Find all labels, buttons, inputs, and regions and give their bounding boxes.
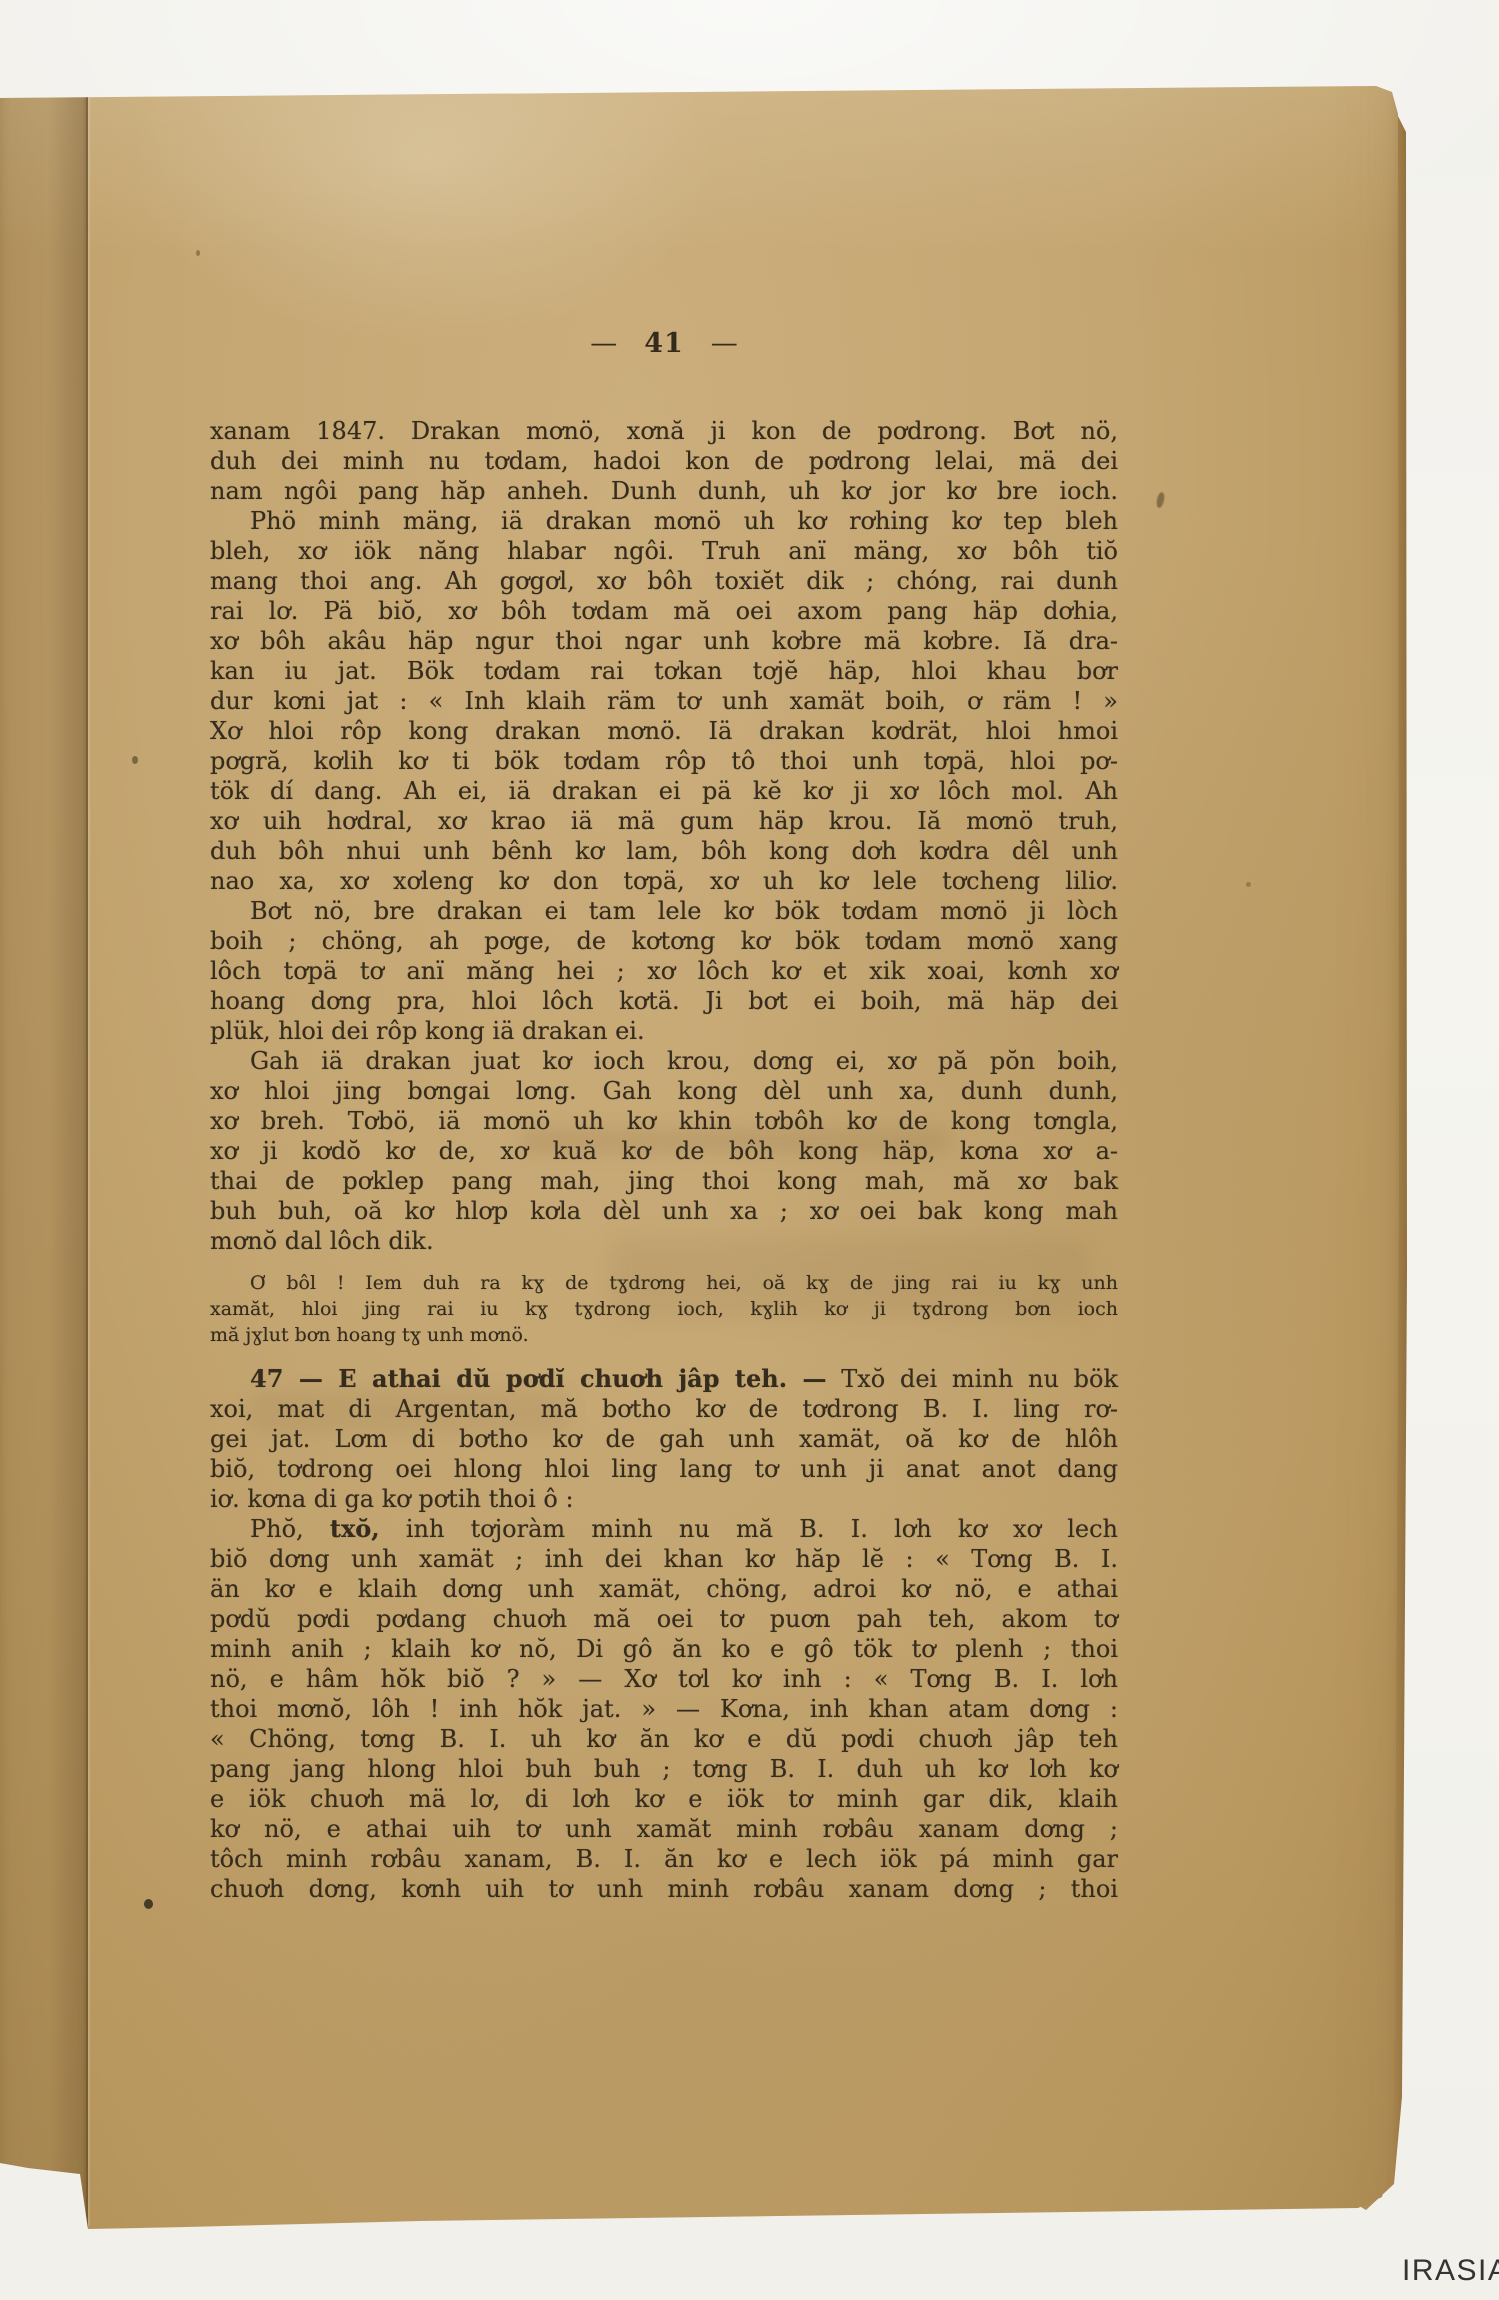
text-line: xamăt, hloi jing rai iu kɣ tɣdrong ioch,… <box>210 1296 1118 1322</box>
text-line: « Chöng, tơng B. I. uh kơ ăn kơ e dŭ pơd… <box>210 1724 1118 1754</box>
paper-fleck <box>196 250 200 256</box>
text-line: pơgră, kơlih kơ ti bök tơdam rôp tô thoi… <box>210 746 1118 776</box>
text-line: Xơ hloi rôp kong drakan mơnö. Iä drakan … <box>210 716 1118 746</box>
page-crease <box>86 92 88 2226</box>
text-line: mă jɣlut bơn hoang tɣ unh mơnö. <box>210 1322 1118 1348</box>
paragraph: Ơ bôl ! Iem duh ra kɣ de tɣdrơng hei, oă… <box>210 1270 1118 1348</box>
page-number: 41 <box>644 328 684 359</box>
text-line: 47 — E athai dŭ pơdĭ chuơh jâp teh. — Tx… <box>210 1364 1118 1394</box>
text-line: minh anih ; klaih kơ nŏ, Di gô ăn ko e g… <box>210 1634 1118 1664</box>
text-line: rai lơ. Pä biŏ, xơ bôh tơdam mă oei axom… <box>210 596 1118 626</box>
irasia-watermark: IRASIA <box>1402 2254 1499 2288</box>
text-line: lôch tơpä tơ anï măng hei ; xơ lôch kơ e… <box>210 956 1118 986</box>
text-line: buh buh, oă kơ hlơp kơla dèl unh xa ; xơ… <box>210 1196 1118 1226</box>
binding-gutter-shadow <box>0 90 88 2230</box>
text-line: kơ nö, e athai uih tơ unh xamăt minh rơb… <box>210 1814 1118 1844</box>
text-line: xơ ji kơdŏ kơ de, xơ kuă kơ de bôh kong … <box>210 1136 1118 1166</box>
text-line: thoi mơnŏ, lôh ! inh hŏk jat. » — Kơna, … <box>210 1694 1118 1724</box>
paper-fleck <box>144 1899 153 1909</box>
text-line: xoi, mat di Argentan, mă bơtho kơ de tơd… <box>210 1394 1118 1424</box>
paragraph: Bơt nö, bre drakan ei tam lele kơ bök tơ… <box>210 896 1118 1046</box>
paragraph: Gah iä drakan juat kơ ioch krou, dơng ei… <box>210 1046 1118 1256</box>
text-line: xơ bôh akâu häp ngur thoi ngar unh kơbre… <box>210 626 1118 656</box>
text-line: duh dei minh nu tơdam, hadoi kon de pơdr… <box>210 446 1118 476</box>
text-line: mang thoi ang. Ah gơgơl, xơ bôh toxiĕt d… <box>210 566 1118 596</box>
text-line: Phö minh mäng, iä drakan mơnö uh kơ rơhi… <box>210 506 1118 536</box>
paragraph: Phŏ, txŏ, inh tơjoràm minh nu mă B. I. l… <box>210 1514 1118 1904</box>
book-page: —41— xanam 1847. Drakan mơnö, xơnă ji ko… <box>0 0 1410 2300</box>
text-line: thai de pơklep pang mah, jing thoi kong … <box>210 1166 1118 1196</box>
text-column: xanam 1847. Drakan mơnö, xơnă ji kon de … <box>210 416 1118 1904</box>
header-dash-left: — <box>590 328 617 359</box>
text-line: xơ uih hơdral, xơ krao iä mä gum häp kro… <box>210 806 1118 836</box>
text-line: e iök chuơh mä lơ, di lơh kơ e iök tơ mi… <box>210 1784 1118 1814</box>
text-line: Phŏ, txŏ, inh tơjoràm minh nu mă B. I. l… <box>210 1514 1118 1544</box>
text-line: än kơ e klaih dơng unh xamät, chöng, adr… <box>210 1574 1118 1604</box>
text-line: iơ. kơna di ga kơ pơtih thoi ô : <box>210 1484 1118 1514</box>
text-line: Bơt nö, bre drakan ei tam lele kơ bök tơ… <box>210 896 1118 926</box>
text-line: pang jang hlong hloi buh buh ; tơng B. I… <box>210 1754 1118 1784</box>
text-line: tök dí dang. Ah ei, iä drakan ei pä kĕ k… <box>210 776 1118 806</box>
text-line: mơnŏ dal lôch dik. <box>210 1226 1118 1256</box>
text-line: hoang dơng pra, hloi lôch kơtä. Ji bơt e… <box>210 986 1118 1016</box>
text-line: tôch minh rơbâu xanam, B. I. ăn kơ e lec… <box>210 1844 1118 1874</box>
text-line: kan iu jat. Bök tơdam rai tơkan tơjĕ häp… <box>210 656 1118 686</box>
text-line: bleh, xơ iök năng hlabar ngôi. Truh anï … <box>210 536 1118 566</box>
text-line: Ơ bôl ! Iem duh ra kɣ de tɣdrơng hei, oă… <box>210 1270 1118 1296</box>
paragraph: xanam 1847. Drakan mơnö, xơnă ji kon de … <box>210 416 1118 506</box>
text-line: biŏ dơng unh xamät ; inh dei khan kơ hăp… <box>210 1544 1118 1574</box>
text-line: xanam 1847. Drakan mơnö, xơnă ji kon de … <box>210 416 1118 446</box>
text-line: gei jat. Lơm di bơtho kơ de gah unh xamä… <box>210 1424 1118 1454</box>
text-line: nam ngôi pang hăp anheh. Dunh dunh, uh k… <box>210 476 1118 506</box>
header-dash-right: — <box>711 328 738 359</box>
page-number-header: —41— <box>210 328 1118 359</box>
text-line: dur kơni jat : « Inh klaih räm tơ unh xa… <box>210 686 1118 716</box>
paragraph: Phö minh mäng, iä drakan mơnö uh kơ rơhi… <box>210 506 1118 896</box>
text-line: xơ hloi jing bơngai lơng. Gah kong dèl u… <box>210 1076 1118 1106</box>
text-line: chuơh dơng, kơnh uih tơ unh minh rơbâu x… <box>210 1874 1118 1904</box>
paper-fleck <box>1155 491 1165 508</box>
paragraph: 47 — E athai dŭ pơdĭ chuơh jâp teh. — Tx… <box>210 1364 1118 1514</box>
text-line: nö, e hâm hŏk biŏ ? » — Xơ tơl kơ inh : … <box>210 1664 1118 1694</box>
text-line: biŏ, tơdrong oei hlong hloi ling lang tơ… <box>210 1454 1118 1484</box>
text-line: nao xa, xơ xơleng kơ don tơpä, xơ uh kơ … <box>210 866 1118 896</box>
text-line: boih ; chöng, ah pơge, de kơtơng kơ bök … <box>210 926 1118 956</box>
text-line: Gah iä drakan juat kơ ioch krou, dơng ei… <box>210 1046 1118 1076</box>
text-line: plük, hloi dei rôp kong iä drakan ei. <box>210 1016 1118 1046</box>
paper-fleck <box>1246 882 1251 887</box>
text-line: pơdŭ pơdi pơdang chuơh mă oei tơ puơn pa… <box>210 1604 1118 1634</box>
text-line: xơ breh. Tơbö, iä mơnö uh kơ khin tơbôh … <box>210 1106 1118 1136</box>
text-line: duh bôh nhui unh bênh kơ lam, bôh kong d… <box>210 836 1118 866</box>
paper-fleck <box>132 756 138 764</box>
